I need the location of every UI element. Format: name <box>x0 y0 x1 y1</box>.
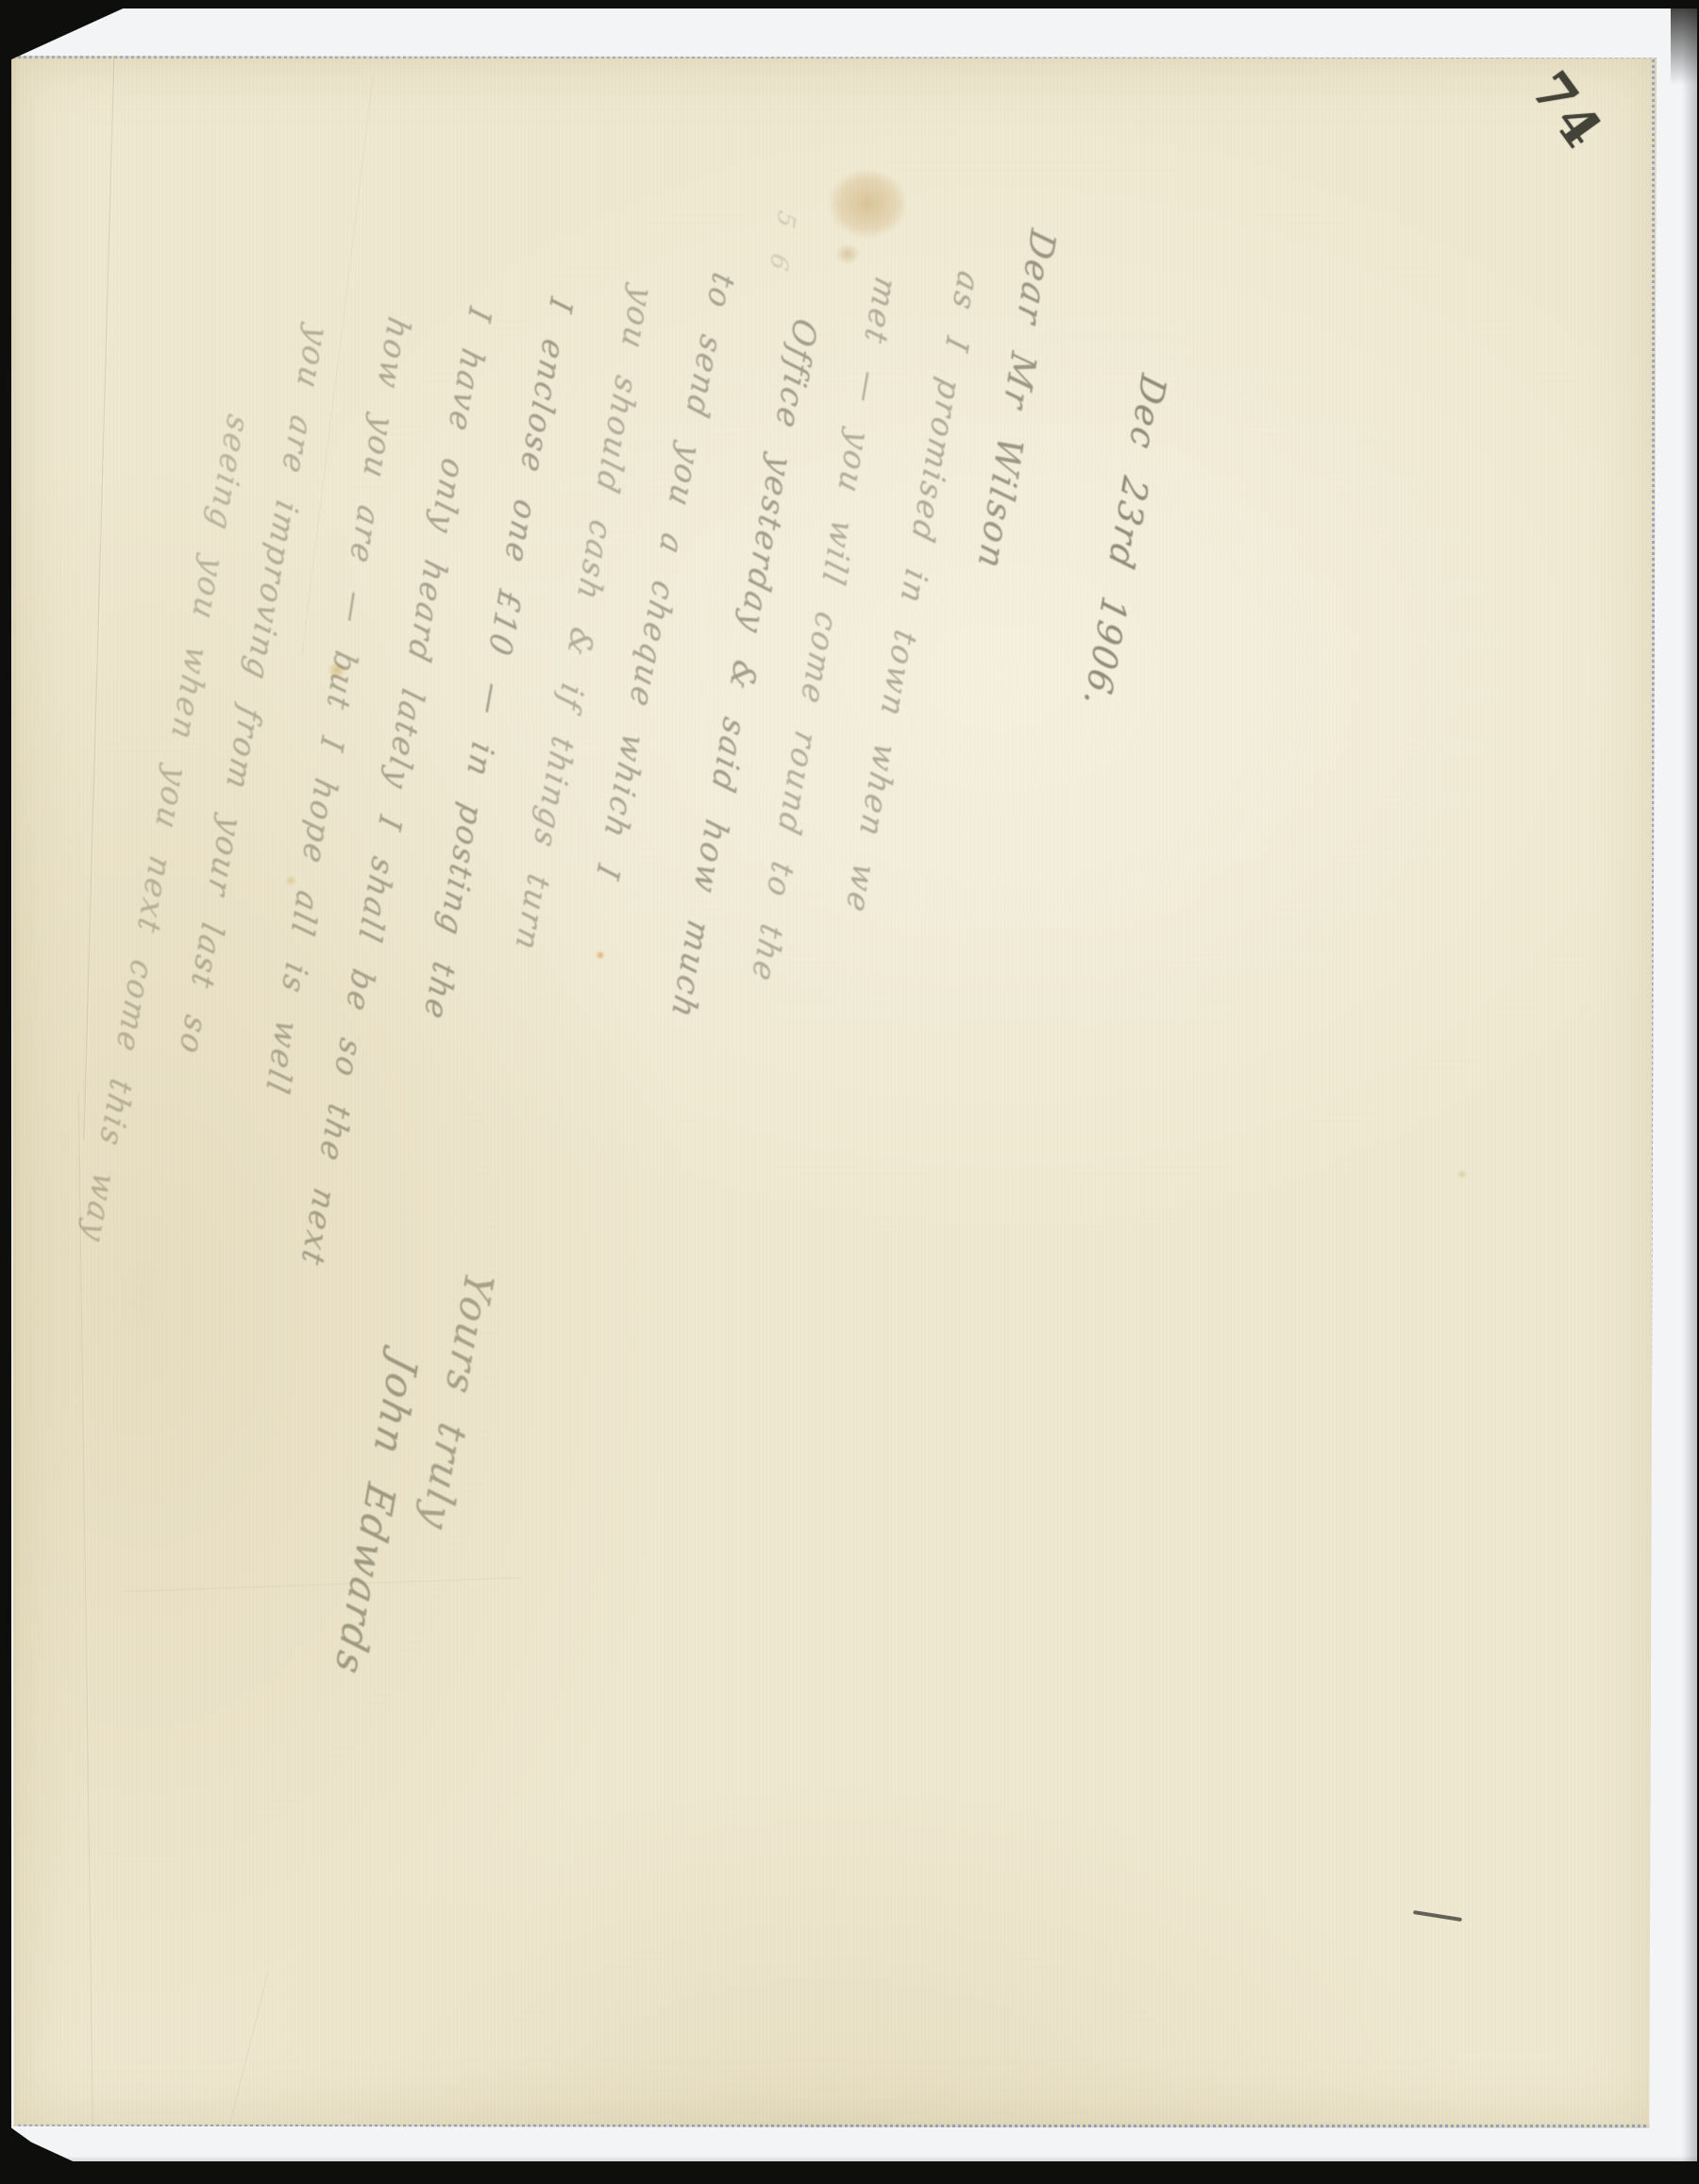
paper-crease <box>83 55 116 1140</box>
foxing-stain <box>1455 1168 1469 1180</box>
scanner-background: 74 5 6Dec 23rd 1906.Dear Mr Wilsonas I p… <box>0 0 1699 2184</box>
scan-corner-shadow-topright <box>1671 0 1699 85</box>
scan-band-left <box>0 0 11 2184</box>
foxing-stain <box>831 240 865 268</box>
letter-page <box>11 55 1657 2129</box>
paper-crease <box>125 1577 521 1593</box>
foxing-stain <box>283 874 298 887</box>
scan-band-bottom <box>0 2161 1699 2184</box>
backing-shadow-right <box>1682 6 1697 2165</box>
foxing-stain <box>816 159 919 249</box>
paper-crease <box>227 1973 269 2133</box>
scan-band-top <box>0 0 1699 8</box>
paper-crease <box>301 76 375 657</box>
foxing-stain <box>595 949 606 961</box>
foxing-stain <box>325 659 349 681</box>
paper-crease <box>77 1093 94 2131</box>
